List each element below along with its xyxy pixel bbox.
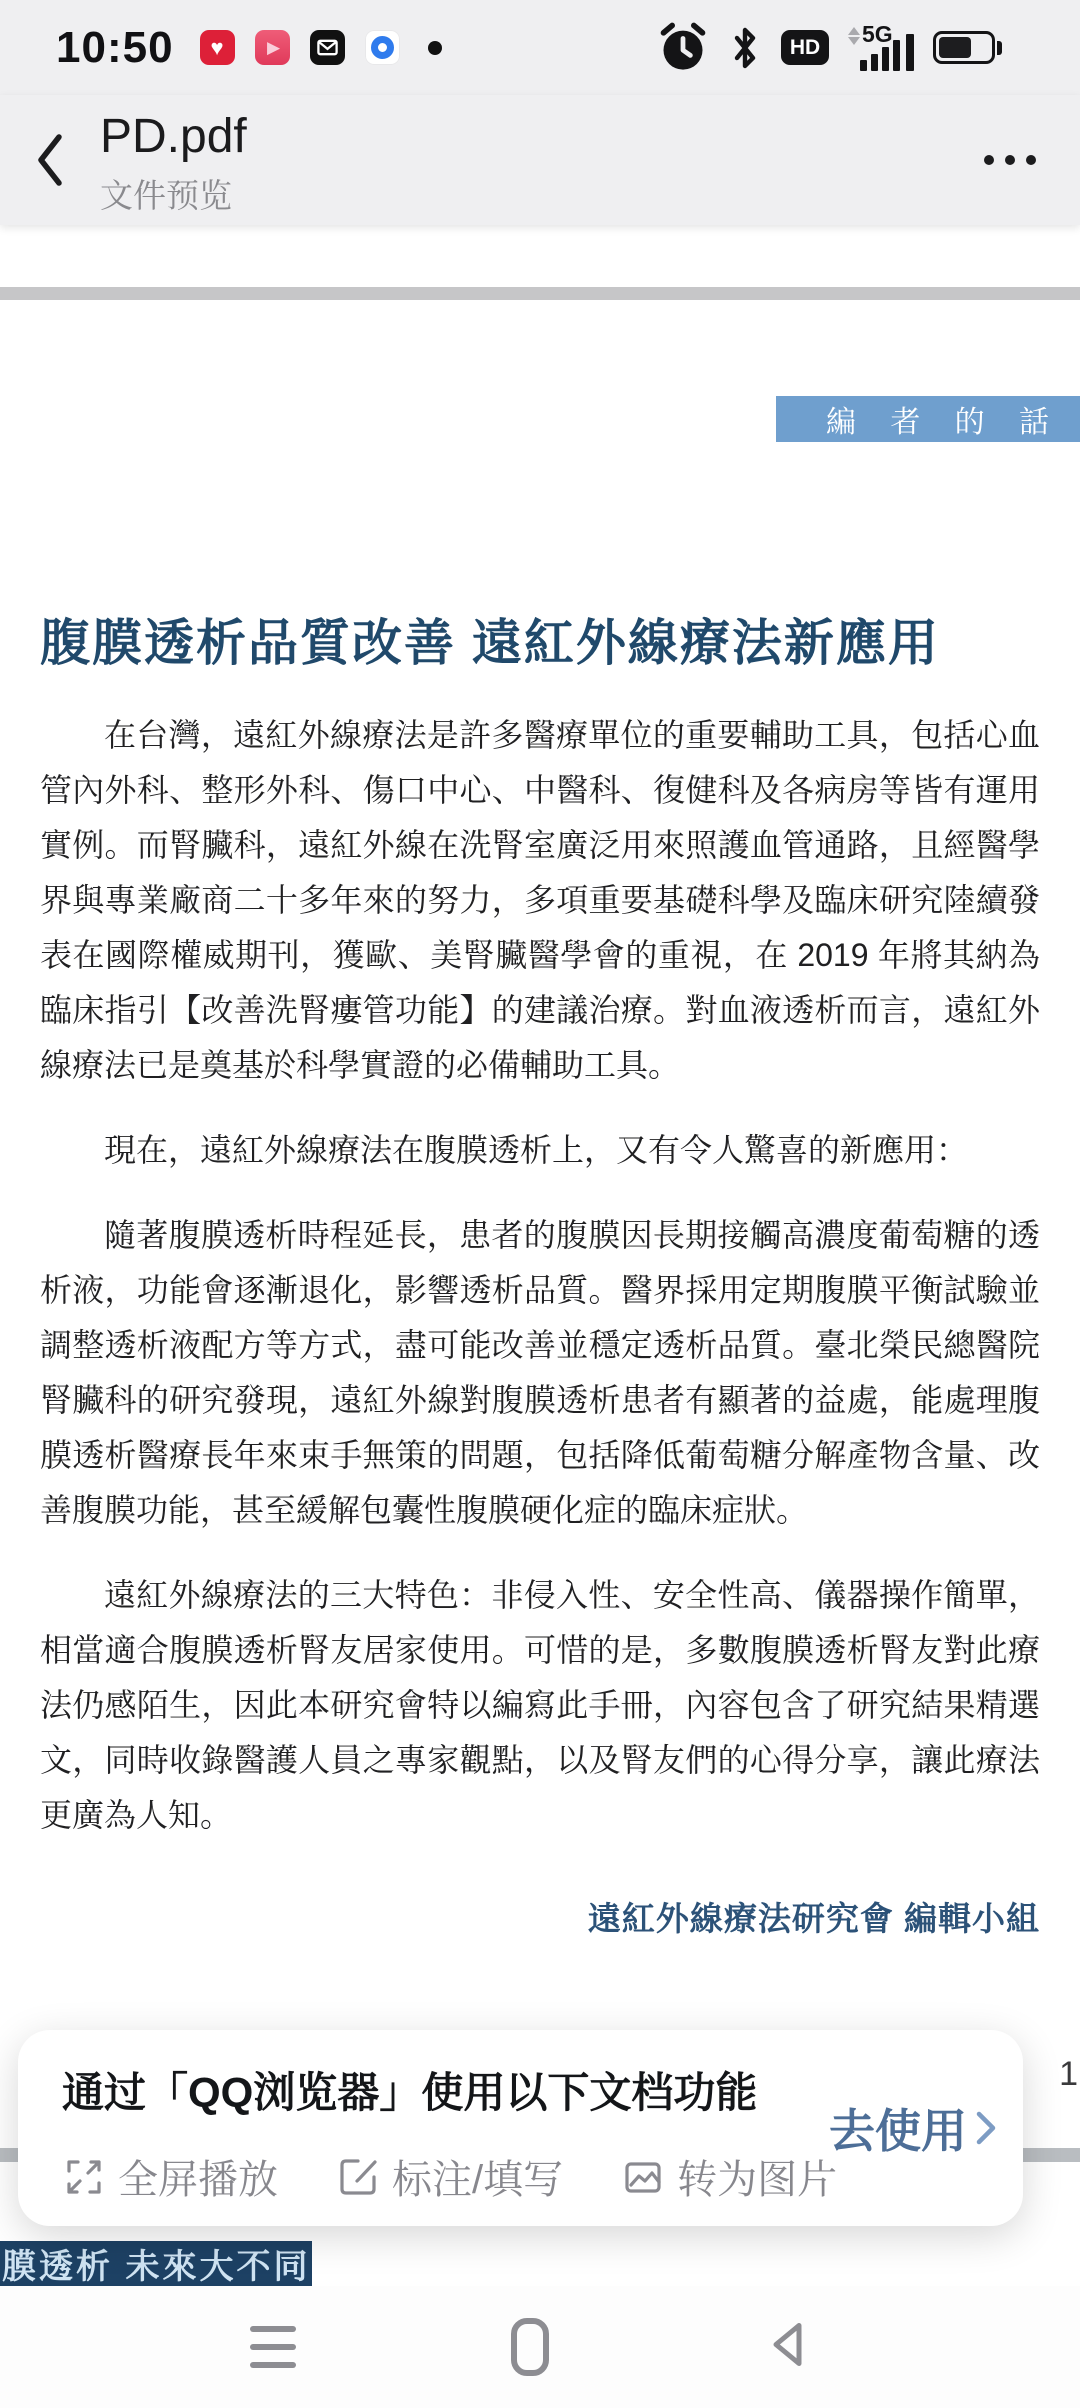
phone-screen: 10:50 ♥ ▶ HD 5G [0,0,1080,2408]
app-header: PD.pdf 文件预览 [0,95,1080,225]
pdf-page: 編 者 的 話 腹膜透析品質改善 遠紅外線療法新應用 在台灣，遠紅外線療法是許多… [0,300,1080,1940]
recents-button[interactable] [250,2326,296,2368]
page-divider-top [0,287,1080,300]
status-icons: HD 5G [657,22,1080,74]
back-triangle-icon [763,2318,813,2372]
article-title: 腹膜透析品質改善 遠紅外線療法新應用 [40,608,1040,678]
article-body: 在台灣，遠紅外線療法是許多醫療單位的重要輔助工具，包括心血管內外科、整形外科、傷… [40,708,1040,1843]
pdf-viewer[interactable]: 編 者 的 話 腹膜透析品質改善 遠紅外線療法新應用 在台灣，遠紅外線療法是許多… [0,225,1080,2286]
file-title: PD.pdf [100,109,247,164]
mail-app-icon [310,30,345,65]
chevron-right-icon [975,2110,997,2146]
battery-icon [933,31,1002,64]
document-heading: PD.pdf 文件预览 [100,109,247,217]
paragraph: 現在，遠紅外線療法在腹膜透析上，又有令人驚喜的新應用： [40,1123,1040,1178]
signal-5g-icon: 5G [848,25,914,71]
more-menu-button[interactable] [984,155,1080,165]
go-use-label: 去使用 [829,2095,967,2161]
image-icon [621,2155,665,2199]
annotate-fill-button[interactable]: 标注/填写 [336,2148,563,2205]
feature-label: 标注/填写 [392,2148,563,2205]
chevron-left-icon [33,131,67,189]
android-nav-bar [0,2286,1080,2408]
paragraph: 隨著腹膜透析時程延長，患者的腹膜因長期接觸高濃度葡萄糖的透析液，功能會逐漸退化，… [40,1208,1040,1538]
heart-app-icon: ♥ [200,30,235,65]
notification-icons: ♥ ▶ [200,30,442,65]
file-subtitle: 文件预览 [100,170,247,217]
status-bar: 10:50 ♥ ▶ HD 5G [0,0,1080,95]
paragraph: 在台灣，遠紅外線療法是許多醫療單位的重要輔助工具，包括心血管內外科、整形外科、傷… [40,708,1040,1093]
annotate-icon [336,2155,380,2199]
qq-browser-promo-card: 通过「QQ浏览器」使用以下文档功能 全屏播放 标注/填写 [18,2030,1023,2226]
next-chapter-banner: 膜透析 未來大不同 [0,2241,312,2286]
promo-title: 通过「QQ浏览器」使用以下文档功能 [62,2060,813,2120]
promo-feature-list: 全屏播放 标注/填写 转为图片 [62,2148,813,2205]
back-button[interactable] [0,95,100,225]
feature-label: 全屏播放 [118,2148,278,2205]
bluetooth-icon [728,24,762,72]
feature-label: 转为图片 [677,2148,837,2205]
section-tag-banner: 編 者 的 話 [776,396,1080,442]
convert-to-image-button[interactable]: 转为图片 [621,2148,837,2205]
fullscreen-icon [62,2155,106,2199]
home-button[interactable] [511,2318,549,2376]
go-use-button[interactable]: 去使用 [829,2095,997,2161]
article-signature: 遠紅外線療法研究會 編輯小組 [40,1893,1040,1940]
nav-back-button[interactable] [763,2318,813,2377]
browser-app-icon [365,30,400,65]
hd-badge-icon: HD [781,30,829,65]
fullscreen-play-button[interactable]: 全屏播放 [62,2148,278,2205]
alarm-icon [657,22,709,74]
clock-time: 10:50 [56,23,174,73]
privacy-dot-icon [428,41,442,55]
video-app-icon: ▶ [255,30,290,65]
paragraph: 遠紅外線療法的三大特色：非侵入性、安全性高、儀器操作簡單，相當適合腹膜透析腎友居… [40,1568,1040,1843]
page-number: 1 [1059,2055,1078,2094]
